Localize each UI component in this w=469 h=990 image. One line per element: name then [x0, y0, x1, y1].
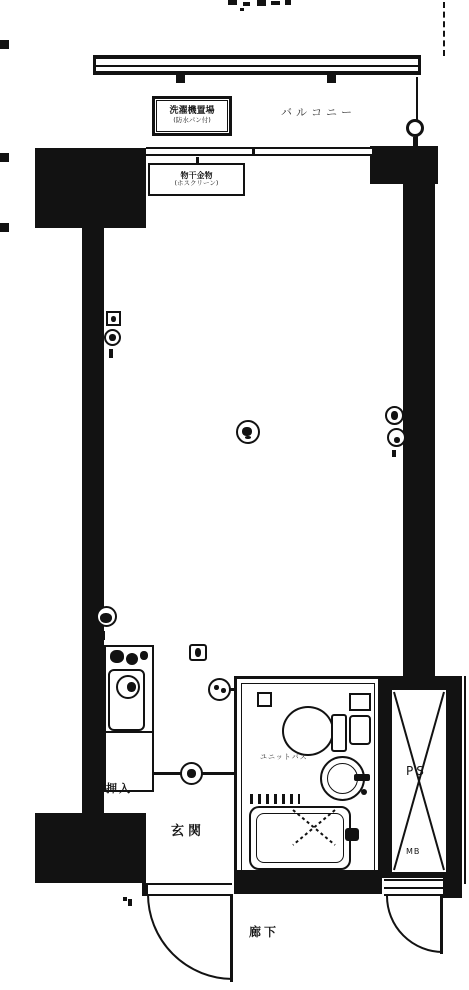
laundry-pole-sublabel: (ホスクリーン) [175, 180, 219, 187]
kitchen-sink [108, 669, 145, 731]
laundry-pole-box: 物干金物 (ホスクリーン) [148, 163, 245, 196]
wall-symbol-group-lower [96, 606, 120, 642]
section-tick [0, 223, 9, 232]
railing-post [327, 75, 336, 83]
hose-bib-icon [406, 119, 424, 137]
railing-endcap [418, 55, 421, 75]
unit-bathroom: ユニットバス [234, 676, 382, 882]
railing-mid-line [93, 65, 421, 67]
symbol-tick [392, 450, 396, 457]
wall-left [82, 228, 104, 818]
outlet-circle-icon [385, 406, 404, 425]
wall-symbol-group [104, 310, 126, 360]
washer-box-inner-border [156, 100, 228, 132]
ceiling-light-symbol [236, 420, 260, 444]
sink-faucet-icon [116, 675, 140, 699]
section-tick [0, 40, 9, 49]
stove-burner-icon [110, 650, 124, 663]
boundary-dashed-line [443, 2, 445, 56]
entrance-door-leaf [230, 894, 233, 982]
threshold-jamb [142, 883, 148, 896]
floor-mark [128, 899, 132, 906]
top-edge-fragment [271, 1, 280, 5]
floor-hatch [250, 794, 300, 804]
meter-door-threshold [384, 879, 443, 896]
closet-label: 押入 [106, 783, 132, 795]
tub-faucet-icon [345, 828, 359, 841]
balcony-window [146, 147, 372, 156]
floor-mark [123, 897, 127, 901]
wall-bottom-left-block [35, 813, 146, 883]
wall-stub-right-of-door [443, 876, 462, 898]
meter-circle-icon [208, 678, 231, 701]
wall-top-left-block [35, 148, 146, 228]
stove-burner-icon [126, 653, 138, 665]
hallway-label: 廊下 [249, 926, 279, 939]
meter-door-leaf [440, 894, 443, 954]
switch-box-icon [189, 644, 207, 661]
basin-faucet-icon [354, 774, 370, 781]
balcony-label: バルコニー [281, 107, 356, 119]
floor-plan: 洗濯機置場 (防水パン付) バルコニー 物干金物 (ホスクリーン) [0, 0, 469, 990]
railing-post [176, 75, 185, 83]
top-edge-fragment [243, 2, 250, 6]
doorbell-symbol [180, 762, 203, 785]
right-edge-line [464, 676, 466, 884]
outlet-circle-icon [104, 329, 121, 346]
vanity-upper [349, 693, 371, 711]
basin-drain-icon [361, 789, 367, 795]
meter-box-label: MB [406, 848, 420, 857]
symbol-tick [100, 631, 105, 640]
unit-bath-label: ユニットバス [260, 754, 308, 762]
wall-symbol-group-right [385, 406, 407, 458]
stove-knob-icon [140, 651, 148, 660]
symbol-tick [109, 349, 113, 358]
bathtub [249, 806, 351, 870]
pipe-space-label: PS [404, 765, 429, 778]
toilet-bowl [282, 706, 334, 756]
top-edge-fragment [240, 8, 244, 11]
vanity-lower [349, 715, 371, 745]
outlet-circle-icon [387, 428, 406, 447]
toilet-tank [331, 714, 347, 752]
tp-holder-icon [257, 692, 272, 707]
top-edge-fragment [285, 0, 291, 5]
kitchen-counter [104, 645, 154, 792]
wall-right [403, 184, 435, 680]
pipe-space-interior [392, 690, 446, 872]
wall-top-right-block [370, 146, 438, 184]
section-tick [0, 153, 9, 162]
top-edge-fragment [228, 0, 237, 5]
washer-area-box: 洗濯機置場 (防水パン付) [152, 96, 232, 136]
balcony-railing [93, 55, 421, 75]
wall-bottom-bath [234, 870, 382, 894]
entrance-label: 玄関 [171, 825, 205, 839]
outlet-box-icon [106, 311, 121, 326]
counter-divider [106, 731, 152, 733]
railing-endcap [93, 55, 96, 75]
window-mullion [252, 147, 255, 156]
entrance-threshold [146, 883, 232, 896]
top-edge-fragment [257, 0, 266, 6]
outlet-circle-icon [96, 606, 117, 627]
